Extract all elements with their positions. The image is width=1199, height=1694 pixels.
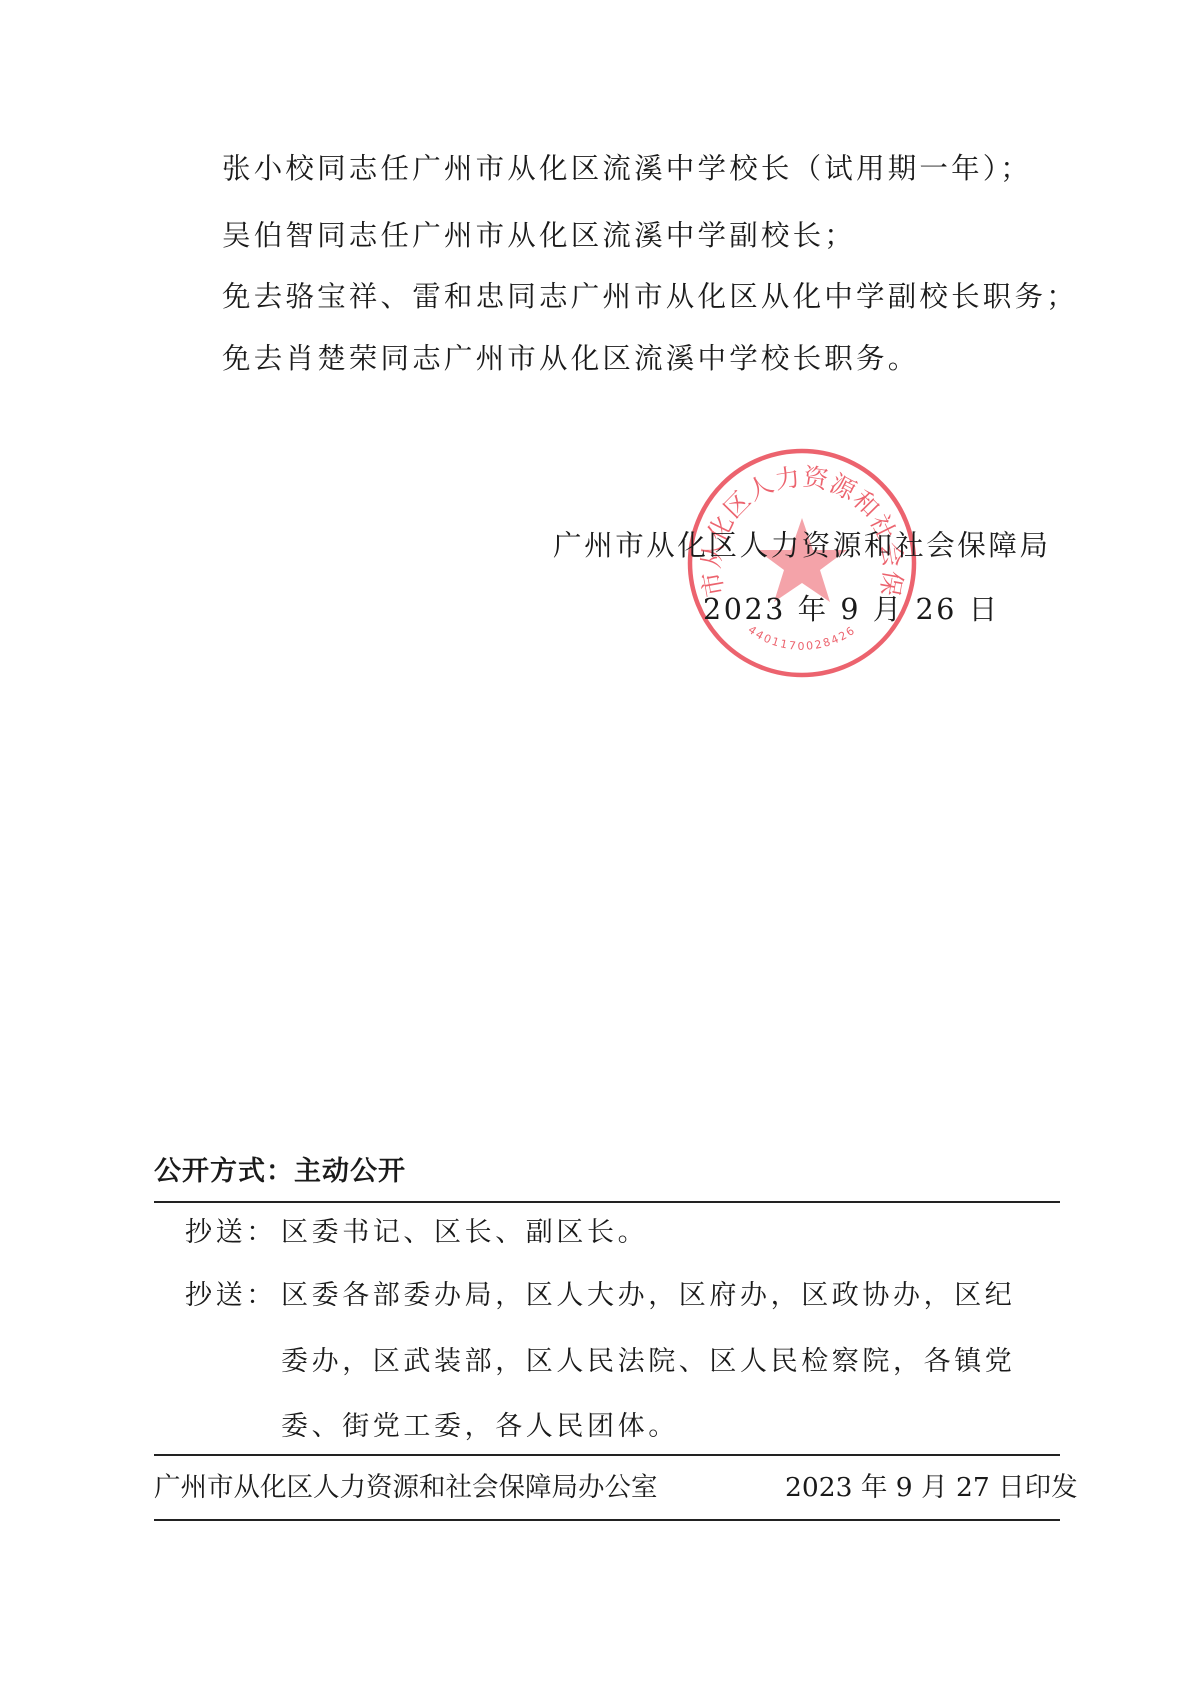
cc-label: 抄送： xyxy=(185,1216,277,1250)
svg-text:广州市从化区人力资源和社会保障局: 广州市从化区人力资源和社会保障局 xyxy=(685,446,908,599)
signature-org: 广州市从化区人力资源和社会保障局 xyxy=(553,529,1051,563)
seal-star-icon: 广州市从化区人力资源和社会保障局 4401170028426 xyxy=(685,446,919,680)
seal-arc-text: 广州市从化区人力资源和社会保障局 xyxy=(685,446,908,599)
appointment-line-1: 张小校同志任广州市从化区流溪中学校长（试用期一年）； xyxy=(222,152,1032,186)
appointment-line-2: 吴伯智同志任广州市从化区流溪中学副校长； xyxy=(222,219,856,253)
issue-date: 2023 年 9 月 27 日印发 xyxy=(785,1471,1060,1505)
cc-row-1: 抄送： 区委书记、区长、副区长。 xyxy=(0,1216,1199,1250)
divider-middle xyxy=(154,1454,1060,1456)
official-seal: 广州市从化区人力资源和社会保障局 4401170028426 xyxy=(685,446,919,680)
cc-row-2-cont-2: 委、街党工委，各人民团体。 xyxy=(0,1410,1199,1444)
cc-label: 抄送： xyxy=(185,1279,277,1313)
svg-text:4401170028426: 4401170028426 xyxy=(746,623,859,653)
divider-bottom xyxy=(154,1519,1060,1521)
dismissal-line-2: 免去肖楚荣同志广州市从化区流溪中学校长职务。 xyxy=(222,342,919,376)
divider-top xyxy=(154,1201,1060,1203)
disclosure-method: 公开方式：主动公开 xyxy=(154,1155,406,1189)
cc-row-2: 抄送： 区委各部委办局，区人大办，区府办，区政协办，区纪 xyxy=(0,1279,1199,1313)
issuing-office: 广州市从化区人力资源和社会保障局办公室 xyxy=(154,1471,658,1505)
cc-recipients: 委、街党工委，各人民团体。 xyxy=(281,1410,679,1444)
cc-row-2-cont-1: 委办，区武装部，区人民法院、区人民检察院，各镇党 xyxy=(0,1345,1199,1379)
cc-recipients: 委办，区武装部，区人民法院、区人民检察院，各镇党 xyxy=(281,1345,1015,1379)
seal-number: 4401170028426 xyxy=(746,623,859,653)
cc-recipients: 区委各部委办局，区人大办，区府办，区政协办，区纪 xyxy=(281,1279,1015,1313)
cc-recipients: 区委书记、区长、副区长。 xyxy=(281,1216,648,1250)
dismissal-line-1: 免去骆宝祥、雷和忠同志广州市从化区从化中学副校长职务； xyxy=(222,280,1078,314)
signature-date: 2023 年 9 月 26 日 xyxy=(703,593,1000,627)
